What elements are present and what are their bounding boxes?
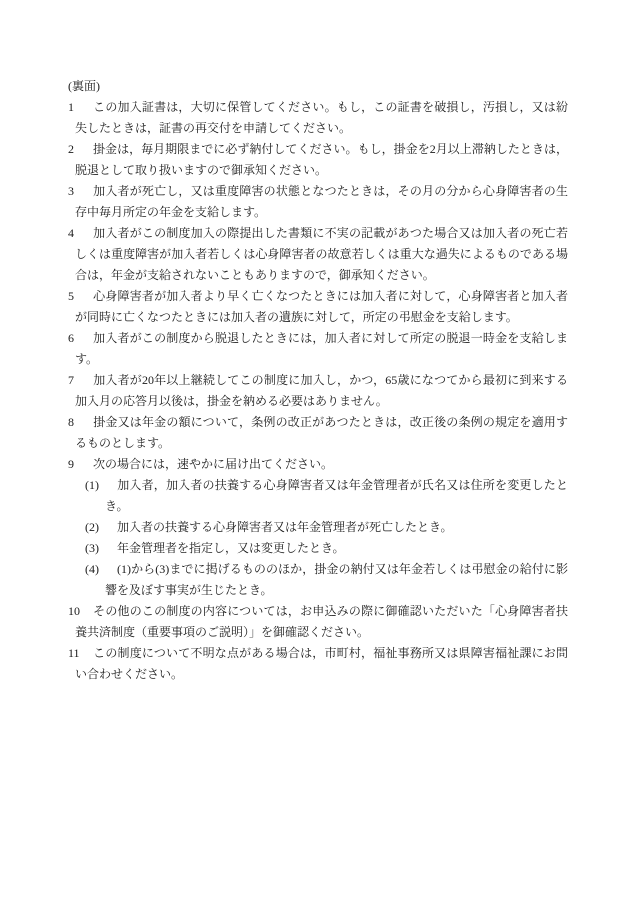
clause-number: 9	[68, 454, 93, 475]
clause-number: 5	[68, 286, 93, 307]
clause-text: 加入者が20年以上継続してこの制度に加入し，かつ，65歳になつてから最初に到来す…	[75, 373, 568, 408]
clause-item-8: 8掛金又は年金の額について，条例の改正があつたときは，改正後の条例の規定を適用す…	[68, 412, 568, 454]
clause-item-5: 5心身障害者が加入者より早く亡くなつたときには加入者に対して，心身障害者と加入者…	[68, 286, 568, 328]
page-side-label: (裏面)	[68, 76, 568, 97]
clause-text: 加入者がこの制度から脱退したときには，加入者に対して所定の脱退一時金を支給します…	[75, 331, 568, 366]
subclause-text: (1)から(3)までに掲げるもののほか，掛金の納付又は年金若しくは弔慰金の給付に…	[105, 562, 568, 597]
clause-item-1: 1この加入証書は，大切に保管してください。もし，この証書を破損し，汚損し，又は紛…	[68, 97, 568, 139]
clause-number: 11	[68, 643, 93, 664]
clause-number: 2	[68, 139, 93, 160]
clause-text: 心身障害者が加入者より早く亡くなつたときには加入者に対して，心身障害者と加入者が…	[75, 289, 568, 324]
clause-item-11: 11この制度について不明な点がある場合は，市町村，福祉事務所又は県障害福祉課にお…	[68, 643, 568, 685]
clause-item-7: 7加入者が20年以上継続してこの制度に加入し，かつ，65歳になつてから最初に到来…	[68, 370, 568, 412]
clause-number: 1	[68, 97, 93, 118]
clause-number: 3	[68, 181, 93, 202]
subclause-number: (4)	[85, 559, 117, 580]
document-page: (裏面) 1この加入証書は，大切に保管してください。もし，この証書を破損し，汚損…	[68, 76, 568, 685]
clause-number: 7	[68, 370, 93, 391]
subclause-item-9-3: (3)年金管理者を指定し，又は変更したとき。	[68, 538, 568, 559]
clause-item-3: 3加入者が死亡し，又は重度障害の状態となつたときは，その月の分から心身障害者の生…	[68, 181, 568, 223]
subclause-item-9-4: (4)(1)から(3)までに掲げるもののほか，掛金の納付又は年金若しくは弔慰金の…	[68, 559, 568, 601]
clause-item-10: 10その他のこの制度の内容については，お申込みの際に御確認いただいた「心身障害者…	[68, 601, 568, 643]
clause-number: 10	[68, 601, 93, 622]
clause-text: この制度について不明な点がある場合は，市町村，福祉事務所又は県障害福祉課にお問い…	[75, 646, 568, 681]
subclause-number: (3)	[85, 538, 117, 559]
clause-item-4: 4加入者がこの制度加入の際提出した書類に不実の記載があつた場合又は加入者の死亡若…	[68, 223, 568, 286]
clause-number: 8	[68, 412, 93, 433]
subclause-text: 加入者の扶養する心身障害者又は年金管理者が死亡したとき。	[117, 520, 453, 534]
clause-number: 4	[68, 223, 93, 244]
clause-item-2: 2掛金は，毎月期限までに必ず納付してください。もし，掛金を2月以上滞納したときは…	[68, 139, 568, 181]
clause-text: 掛金又は年金の額について，条例の改正があつたときは，改正後の条例の規定を適用する…	[75, 415, 568, 450]
clause-text: この加入証書は，大切に保管してください。もし，この証書を破損し，汚損し，又は紛失…	[75, 100, 568, 135]
clause-text: その他のこの制度の内容については，お申込みの際に御確認いただいた「心身障害者扶養…	[75, 604, 568, 639]
clause-text: 掛金は，毎月期限までに必ず納付してください。もし，掛金を2月以上滞納したときは，…	[75, 142, 568, 177]
clause-text: 加入者がこの制度加入の際提出した書類に不実の記載があつた場合又は加入者の死亡若し…	[75, 226, 568, 282]
clause-text: 次の場合には，速やかに届け出てください。	[93, 457, 333, 471]
clause-item-6: 6加入者がこの制度から脱退したときには，加入者に対して所定の脱退一時金を支給しま…	[68, 328, 568, 370]
subclause-text: 加入者，加入者の扶養する心身障害者又は年金管理者が氏名又は住所を変更したとき。	[105, 478, 568, 513]
subclause-number: (1)	[85, 475, 117, 496]
subclause-text: 年金管理者を指定し，又は変更したとき。	[117, 541, 345, 555]
clause-number: 6	[68, 328, 93, 349]
subclause-number: (2)	[85, 517, 117, 538]
clause-text: 加入者が死亡し，又は重度障害の状態となつたときは，その月の分から心身障害者の生存…	[75, 184, 568, 219]
subclause-item-9-2: (2)加入者の扶養する心身障害者又は年金管理者が死亡したとき。	[68, 517, 568, 538]
clause-item-9: 9次の場合には，速やかに届け出てください。	[68, 454, 568, 475]
subclause-item-9-1: (1)加入者，加入者の扶養する心身障害者又は年金管理者が氏名又は住所を変更したと…	[68, 475, 568, 517]
